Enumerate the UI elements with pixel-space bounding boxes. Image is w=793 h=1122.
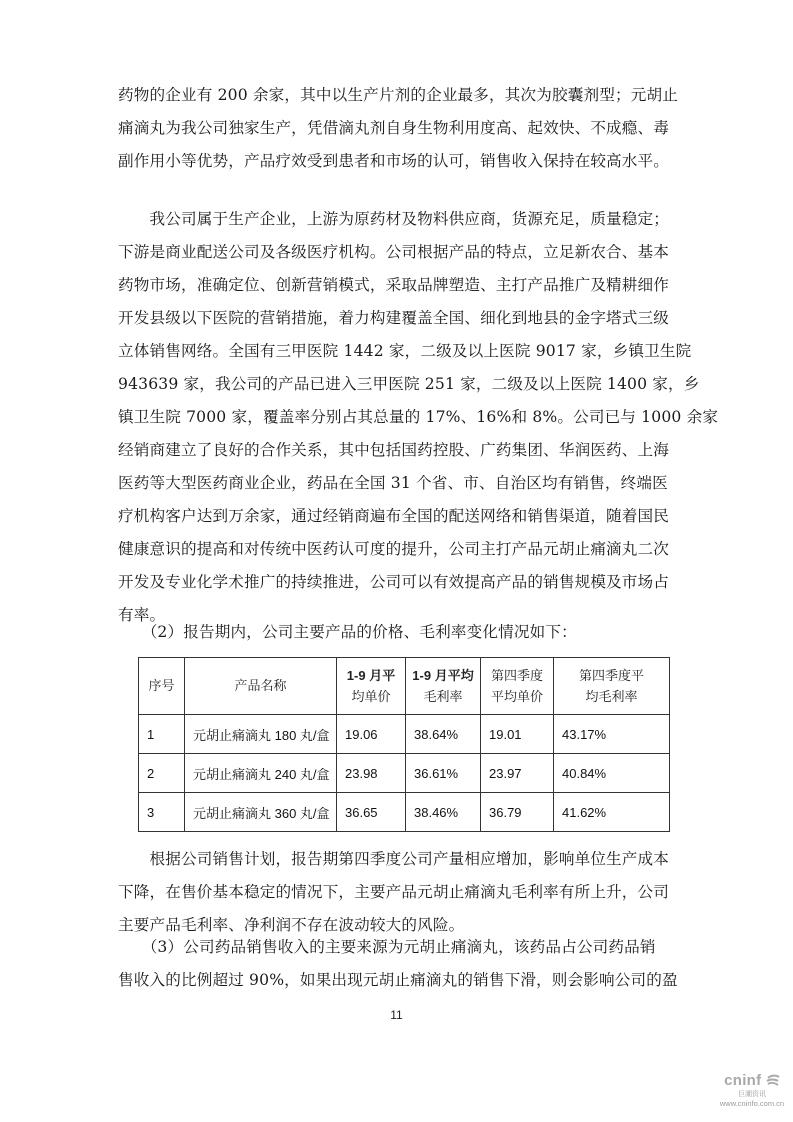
cell-product-name: 元胡止痛滴丸 360 丸/盒 bbox=[185, 793, 337, 832]
cell-q4-avg-margin: 41.62% bbox=[554, 793, 670, 832]
cninfo-watermark: cninf 巨潮资讯 www.cninfo.com.cn bbox=[712, 1072, 792, 1109]
text-line: 医药等大型医药商业企业，药品在全国 31 个省、市、自治区均有销售，终端医 bbox=[118, 467, 678, 500]
price-margin-table: 序号 产品名称 1-9 月平 均单价 1-9 月平均 毛利率 第四季度 平均单价 bbox=[138, 657, 670, 832]
text-line: 药物的企业有 200 余家，其中以生产片剂的企业最多，其次为胶囊剂型；元胡止 bbox=[118, 79, 678, 112]
cell-index: 3 bbox=[139, 793, 185, 832]
text-line: 下游是商业配送公司及各级医疗机构。公司根据产品的特点，立足新农合、基本 bbox=[118, 236, 678, 269]
paragraph-table-intro: （2）报告期内，公司主要产品的价格、毛利率变化情况如下： bbox=[118, 616, 678, 649]
watermark-url: www.cninfo.com.cn bbox=[712, 1099, 792, 1109]
cninfo-swirl-icon bbox=[766, 1074, 780, 1086]
price-margin-table-container: 序号 产品名称 1-9 月平 均单价 1-9 月平均 毛利率 第四季度 平均单价 bbox=[138, 657, 670, 832]
text-line: 副作用小等优势，产品疗效受到患者和市场的认可，销售收入保持在较高水平。 bbox=[118, 145, 678, 178]
text-line: 药物市场，准确定位、创新营销模式，采取品牌塑造、主打产品推广及精耕细作 bbox=[118, 269, 678, 302]
cell-q1-3-avg-price: 19.06 bbox=[337, 715, 406, 754]
cell-index: 1 bbox=[139, 715, 185, 754]
text-line: 健康意识的提高和对传统中医药认可度的提升，公司主打产品元胡止痛滴丸二次 bbox=[118, 533, 678, 566]
header-q1-3-avg-price: 1-9 月平 均单价 bbox=[337, 658, 406, 715]
paragraph-margin-explanation: 根据公司销售计划，报告期第四季度公司产量相应增加，影响单位生产成本 下降，在售价… bbox=[118, 843, 678, 942]
cell-index: 2 bbox=[139, 754, 185, 793]
text-line: 立体销售网络。全国有三甲医院 1442 家，二级及以上医院 9017 家，乡镇卫… bbox=[118, 335, 678, 368]
cell-product-name: 元胡止痛滴丸 240 丸/盒 bbox=[185, 754, 337, 793]
text-line: 开发及专业化学术推广的持续推进，公司可以有效提高产品的销售规模及市场占 bbox=[118, 566, 678, 599]
page-number: 11 bbox=[0, 1008, 793, 1022]
cell-q1-3-avg-margin: 38.64% bbox=[406, 715, 481, 754]
paragraph-revenue-source: （3）公司药品销售收入的主要来源为元胡止痛滴丸，该药品占公司药品销 售收入的比例… bbox=[118, 931, 678, 997]
cell-q4-avg-price: 36.79 bbox=[481, 793, 554, 832]
header-q4-avg-margin: 第四季度平 均毛利率 bbox=[554, 658, 670, 715]
watermark-brand: cninf bbox=[724, 1072, 761, 1089]
cell-q4-avg-margin: 43.17% bbox=[554, 715, 670, 754]
paragraph-drug-market: 药物的企业有 200 余家，其中以生产片剂的企业最多，其次为胶囊剂型；元胡止 痛… bbox=[118, 79, 678, 178]
cell-q1-3-avg-price: 23.98 bbox=[337, 754, 406, 793]
table-row: 3 元胡止痛滴丸 360 丸/盒 36.65 38.46% 36.79 41.6… bbox=[139, 793, 670, 832]
text-line: 售收入的比例超过 90%，如果出现元胡止痛滴丸的销售下滑，则会影响公司的盈 bbox=[118, 964, 678, 997]
cninfo-logo-icon: cninf bbox=[712, 1072, 792, 1090]
text-line: 我公司属于生产企业，上游为原药材及物料供应商，货源充足，质量稳定； bbox=[118, 203, 678, 236]
table-row: 1 元胡止痛滴丸 180 丸/盒 19.06 38.64% 19.01 43.1… bbox=[139, 715, 670, 754]
text-line: 943639 家，我公司的产品已进入三甲医院 251 家，二级及以上医院 140… bbox=[118, 368, 678, 401]
text-line: 根据公司销售计划，报告期第四季度公司产量相应增加，影响单位生产成本 bbox=[118, 843, 678, 876]
cell-q4-avg-price: 23.97 bbox=[481, 754, 554, 793]
text-line: 经销商建立了良好的合作关系，其中包括国药控股、广药集团、华润医药、上海 bbox=[118, 434, 678, 467]
text-line: （3）公司药品销售收入的主要来源为元胡止痛滴丸，该药品占公司药品销 bbox=[118, 931, 678, 964]
text-line: 痛滴丸为我公司独家生产，凭借滴丸剂自身生物利用度高、起效快、不成瘾、毒 bbox=[118, 112, 678, 145]
watermark-subtitle: 巨潮资讯 bbox=[712, 1090, 792, 1099]
text-line: 开发县级以下医院的营销措施，着力构建覆盖全国、细化到地县的金字塔式三级 bbox=[118, 302, 678, 335]
text-line: （2）报告期内，公司主要产品的价格、毛利率变化情况如下： bbox=[118, 616, 678, 649]
text-line: 镇卫生院 7000 家，覆盖率分别占其总量的 17%、16%和 8%。公司已与 … bbox=[118, 401, 678, 434]
table-row: 2 元胡止痛滴丸 240 丸/盒 23.98 36.61% 23.97 40.8… bbox=[139, 754, 670, 793]
header-q1-3-avg-margin: 1-9 月平均 毛利率 bbox=[406, 658, 481, 715]
table-header-row: 序号 产品名称 1-9 月平 均单价 1-9 月平均 毛利率 第四季度 平均单价 bbox=[139, 658, 670, 715]
text-line: 疗机构客户达到万余家，通过经销商遍布全国的配送网络和销售渠道，随着国民 bbox=[118, 500, 678, 533]
cell-q1-3-avg-margin: 36.61% bbox=[406, 754, 481, 793]
text-line: 下降，在售价基本稳定的情况下，主要产品元胡止痛滴丸毛利率有所上升，公司 bbox=[118, 876, 678, 909]
cell-q1-3-avg-price: 36.65 bbox=[337, 793, 406, 832]
paragraph-sales-network: 我公司属于生产企业，上游为原药材及物料供应商，货源充足，质量稳定； 下游是商业配… bbox=[118, 203, 678, 632]
cell-product-name: 元胡止痛滴丸 180 丸/盒 bbox=[185, 715, 337, 754]
cell-q1-3-avg-margin: 38.46% bbox=[406, 793, 481, 832]
cell-q4-avg-price: 19.01 bbox=[481, 715, 554, 754]
cell-q4-avg-margin: 40.84% bbox=[554, 754, 670, 793]
header-index: 序号 bbox=[139, 658, 185, 715]
header-product-name: 产品名称 bbox=[185, 658, 337, 715]
header-q4-avg-price: 第四季度 平均单价 bbox=[481, 658, 554, 715]
